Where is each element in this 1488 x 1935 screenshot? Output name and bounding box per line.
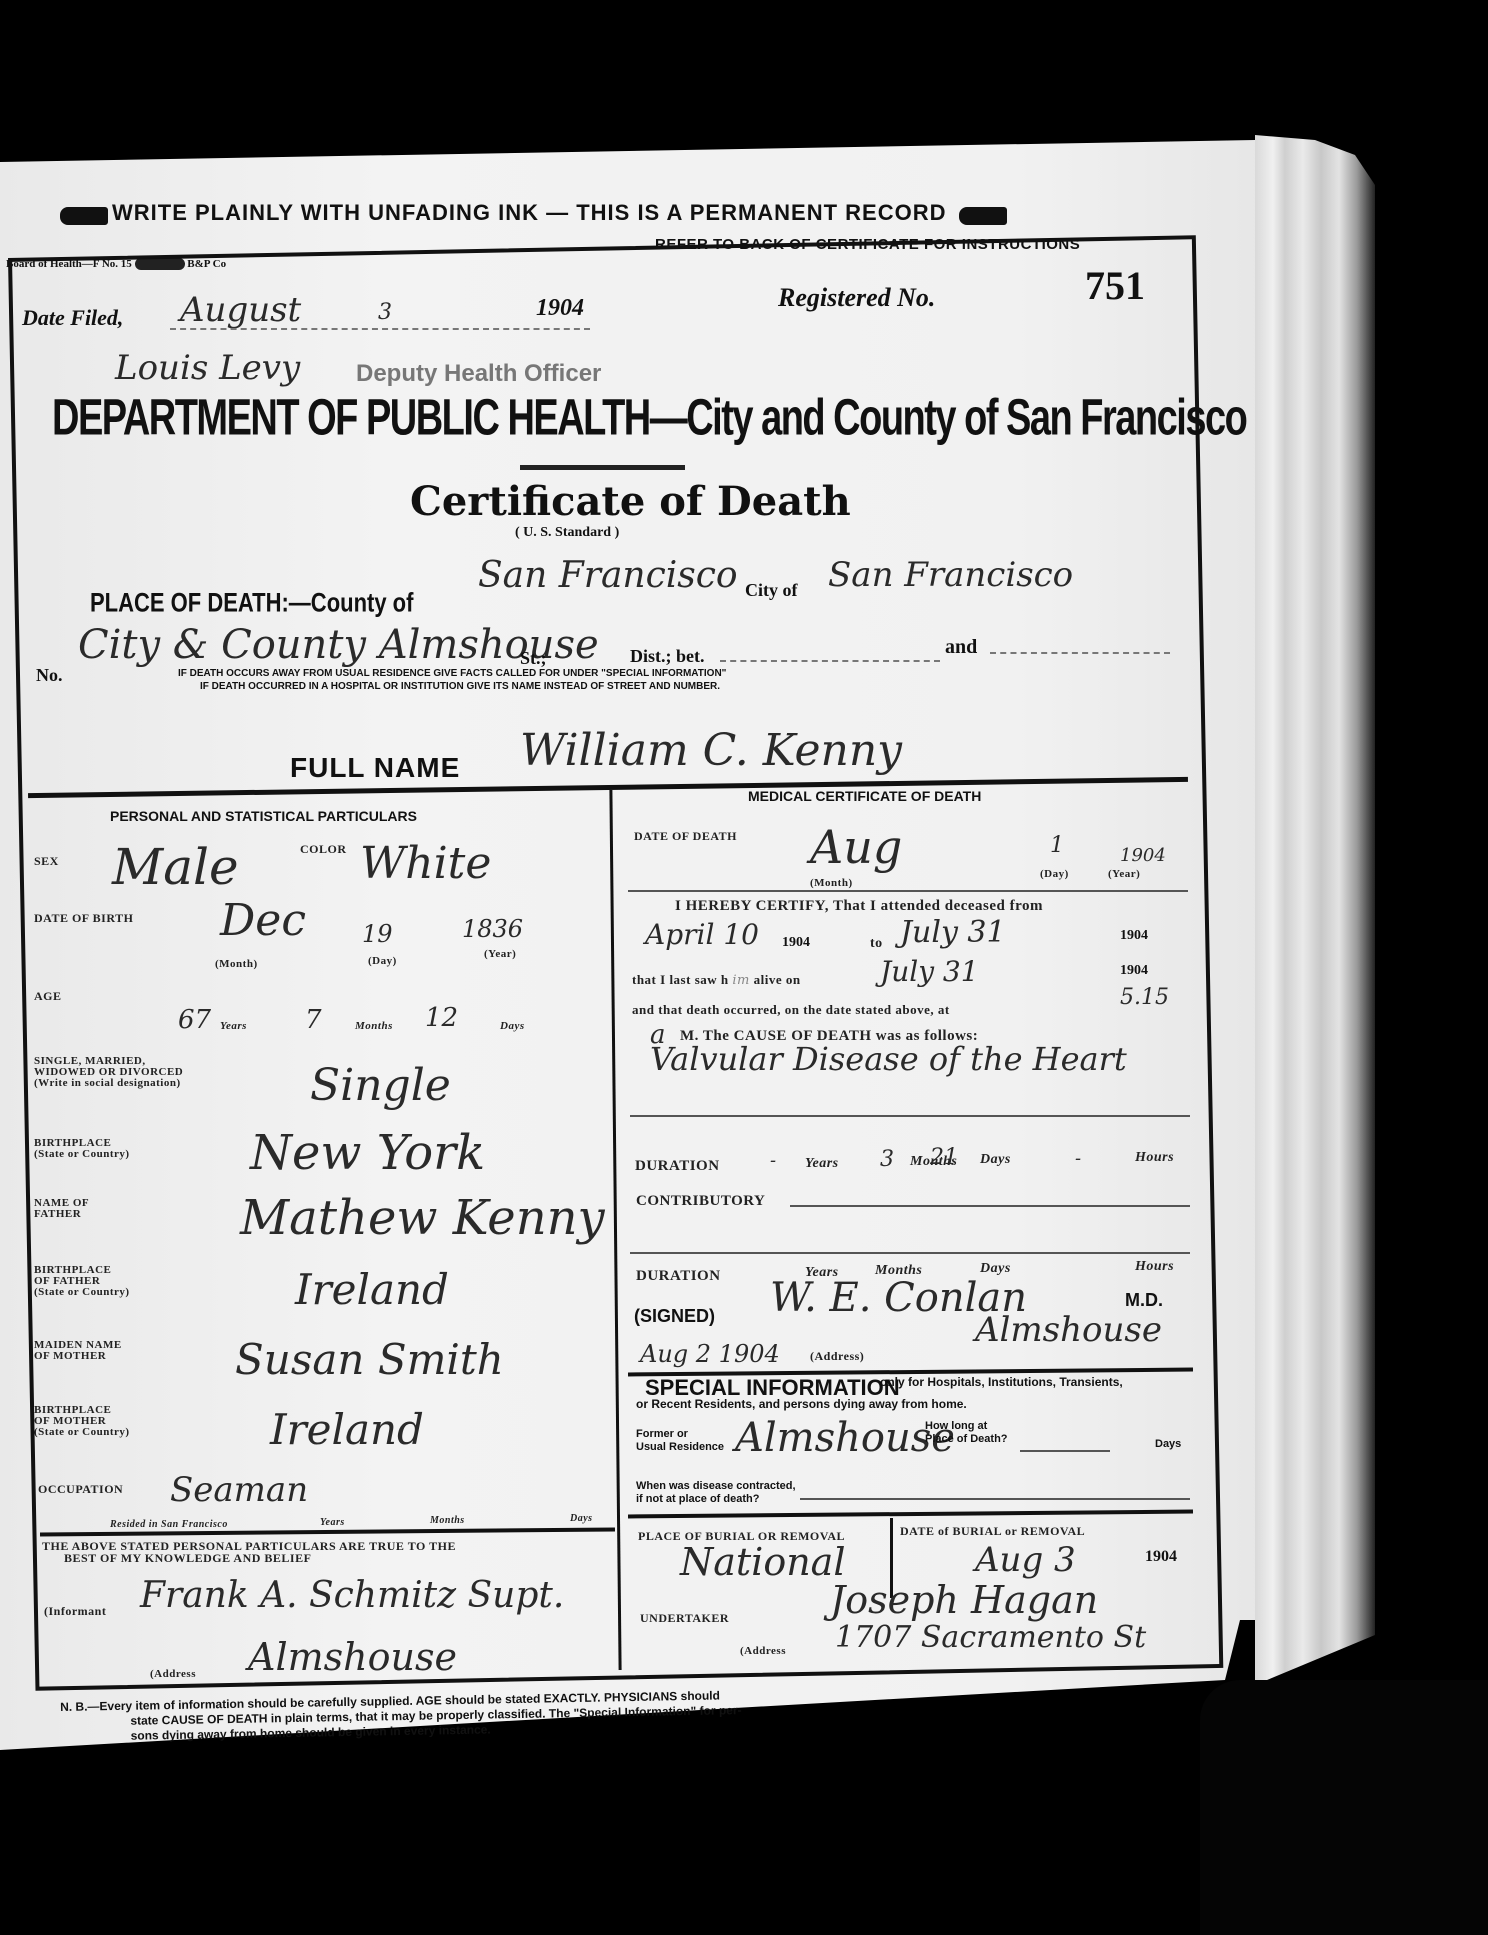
birthplace-value: New York [250,1125,485,1181]
undertaker-address: 1707 Sacramento St [835,1620,1146,1655]
no-label: No. [36,665,63,686]
book-page-edges [1255,135,1375,1685]
special-subheading-1: only for Hospitals, Institutions, Transi… [880,1375,1123,1389]
header-warning: WRITE PLAINLY WITH UNFADING INK — THIS I… [112,200,947,225]
resided-years: Years [320,1516,345,1529]
burial-date-label: DATE of BURIAL or REMOVAL [900,1525,1085,1538]
undertaker-address-label: (Address [740,1645,786,1658]
duration-hours: - [1075,1148,1081,1169]
signed-label: (SIGNED) [634,1306,715,1327]
former-residence-label: Former or Usual Residence [636,1428,724,1454]
dob-month: Dec [220,895,306,946]
contracted-label: When was disease contracted, if not at p… [636,1480,796,1506]
city-label: City of [745,580,798,601]
burial-date-value: Aug 3 [975,1540,1076,1580]
officer-title: Deputy Health Officer [356,360,601,388]
signed-date: Aug 2 1904 [640,1340,780,1368]
dod-month-caption: (Month) [810,877,853,890]
dod-day-caption: (Day) [1040,868,1069,881]
certificate-title: Certificate of Death [410,478,851,525]
resided-label: Resided in San Francisco [110,1518,228,1531]
marital-value: Single [310,1060,451,1111]
former-label-1: Former or [636,1428,724,1441]
title-divider [520,465,685,470]
duration-label: DURATION [635,1160,720,1173]
age-days: 12 [425,1003,458,1033]
occupation-label: OCCUPATION [38,1483,123,1496]
dob-month-caption: (Month) [215,958,258,971]
mother-label: MAIDEN NAME OF MOTHER [34,1340,122,1362]
cause-line [630,1115,1190,1117]
contributory-line [790,1205,1190,1207]
standard-note: ( U. S. Standard ) [515,525,619,541]
date-filed-month: August [180,290,301,330]
age-months-caption: Months [355,1020,393,1033]
date-filed-label: Date Filed, [22,305,123,331]
occupation-value: Seaman [170,1470,308,1510]
contributory-label: CONTRIBUTORY [636,1195,765,1208]
special-subheading-2: or Recent Residents, and persons dying a… [636,1397,967,1411]
mother-bp-label-3: (State or Country) [34,1427,130,1438]
dist-label: Dist.; bet. [630,646,705,667]
to-label: to [870,937,883,950]
contracted-label-1: When was disease contracted, [636,1480,796,1493]
age-years: 67 [178,1005,211,1035]
last-saw-year: 1904 [1120,963,1148,979]
place-note-1: IF DEATH OCCURS AWAY FROM USUAL RESIDENC… [178,668,726,680]
mother-birthplace-label: BIRTHPLACE OF MOTHER (State or Country) [34,1405,130,1438]
dob-label: DATE OF BIRTH [34,912,133,925]
age-months: 7 [305,1005,322,1035]
cause-of-death: Valvular Disease of the Heart [650,1040,1127,1078]
date-filed-day: 3 [378,300,392,325]
color-label: COLOR [300,843,347,856]
attended-to: July 31 [900,915,1006,950]
duration2-days: Days [980,1262,1011,1275]
father-label-2: FATHER [34,1209,89,1220]
how-long-days: Days [1155,1438,1181,1450]
how-long-label-1: How long at [925,1420,1008,1433]
attended-to-year: 1904 [1120,928,1148,944]
time-of-death: 5.15 [1120,985,1169,1010]
age-label: AGE [34,990,62,1003]
pointing-hand-icon [959,207,1007,225]
and-label: and [945,636,977,659]
undertaker-value: Joseph Hagan [830,1578,1098,1622]
dod-year-caption: (Year) [1108,868,1140,881]
dob-year-caption: (Year) [484,948,516,961]
birthplace-label: BIRTHPLACE (State or Country) [34,1138,130,1160]
and-line [990,652,1170,654]
age-days-caption: Days [500,1020,525,1033]
full-name-value: William C. Kenny [520,725,902,776]
father-bp-label-3: (State or Country) [34,1287,130,1298]
contributory-line-2 [630,1252,1190,1254]
dod-day: 1 [1050,833,1064,858]
certify-text: I HEREBY CERTIFY, That I attended deceas… [675,900,1043,913]
contracted-label-2: if not at place of death? [636,1493,796,1506]
how-long-label-2: Place of Death? [925,1433,1008,1446]
dod-month: Aug [810,820,902,874]
informant-statement-2: BEST OF MY KNOWLEDGE AND BELIEF [64,1552,311,1565]
duration-years: - [770,1150,776,1171]
mother-label-2: OF MOTHER [34,1351,122,1362]
last-saw-pronoun: im [732,973,750,988]
marital-label-3: (Write in social designation) [34,1078,183,1089]
dod-divider [628,890,1188,892]
department-title: DEPARTMENT OF PUBLIC HEALTH—City and Cou… [52,390,1246,448]
date-filed-line [170,328,590,330]
personal-heading: PERSONAL AND STATISTICAL PARTICULARS [110,810,417,822]
city-value: San Francisco [828,555,1073,595]
marital-label: SINGLE, MARRIED, WIDOWED OR DIVORCED (Wr… [34,1056,183,1089]
attended-from: April 10 [645,918,759,951]
sex-value: Male [112,838,239,896]
former-label-2: Usual Residence [636,1441,724,1454]
mother-value: Susan Smith [235,1335,504,1384]
duration-days-caption: Days [980,1153,1011,1166]
undertaker-label: UNDERTAKER [640,1612,729,1625]
age-years-caption: Years [220,1020,247,1033]
physician-address: Almshouse [975,1310,1162,1350]
father-birthplace-value: Ireland [295,1265,449,1314]
dob-year: 1836 [462,915,523,943]
contracted-line [800,1498,1190,1500]
former-residence-value: Almshouse [735,1415,955,1461]
last-saw-text: that I last saw h [632,972,729,987]
attended-from-year: 1904 [782,935,810,951]
sex-label: SEX [34,855,59,868]
date-filed-year: 1904 [536,295,584,322]
scan-shadow [1200,1680,1488,1935]
alive-on-text: alive on [754,972,801,987]
place-of-death-label: PLACE OF DEATH:—County of [90,587,413,618]
county-value: San Francisco [478,555,738,596]
registered-number: 751 [1085,262,1145,309]
how-long-line [1020,1450,1110,1452]
dod-label: DATE OF DEATH [634,830,737,843]
pointing-hand-icon [60,207,108,225]
dob-day-caption: (Day) [368,955,397,968]
place-note-2: IF DEATH OCCURRED IN A HOSPITAL OR INSTI… [200,681,720,693]
duration-months: 3 [880,1147,894,1172]
duration-days: 21 [930,1145,958,1170]
father-value: Mathew Kenny [240,1190,605,1246]
last-saw-label: that I last saw h im alive on [632,973,801,987]
occurred-text: and that death occurred, on the date sta… [632,1003,950,1016]
birthplace-label-2: (State or Country) [34,1149,130,1160]
duration-hours-caption: Hours [1135,1151,1174,1164]
dod-year: 1904 [1120,845,1166,866]
duration2-label: DURATION [636,1270,721,1283]
informant-label: (Informant [44,1605,106,1618]
header-warning-row: WRITE PLAINLY WITH UNFADING INK — THIS I… [60,200,1140,226]
physician-address-label: (Address) [810,1350,864,1363]
father-label: NAME OF FATHER [34,1198,89,1220]
informant-address: Almshouse [248,1635,457,1679]
duration-years-caption: Years [805,1157,839,1170]
officer-signature: Louis Levy [115,348,300,388]
duration2-hours: Hours [1135,1260,1174,1273]
full-name-label: FULL NAME [290,752,460,784]
informant-address-label: (Address [150,1668,196,1681]
md-label: M.D. [1125,1290,1163,1311]
burial-year: 1904 [1145,1548,1177,1566]
dist-line [720,660,940,662]
color-value: White [360,838,491,889]
medical-heading: MEDICAL CERTIFICATE OF DEATH [748,790,981,802]
burial-place-value: National [680,1540,846,1584]
mother-birthplace-value: Ireland [270,1405,424,1454]
informant-value: Frank A. Schmitz Supt. [140,1575,564,1616]
registered-label: Registered No. [778,283,935,313]
dob-day: 19 [362,920,393,948]
last-saw-date: July 31 [880,955,979,988]
st-label: St.; [520,648,547,669]
father-birthplace-label: BIRTHPLACE OF FATHER (State or Country) [34,1265,130,1298]
resided-months: Months [430,1514,465,1527]
how-long-label: How long at Place of Death? [925,1420,1008,1446]
resided-days: Days [570,1512,593,1525]
